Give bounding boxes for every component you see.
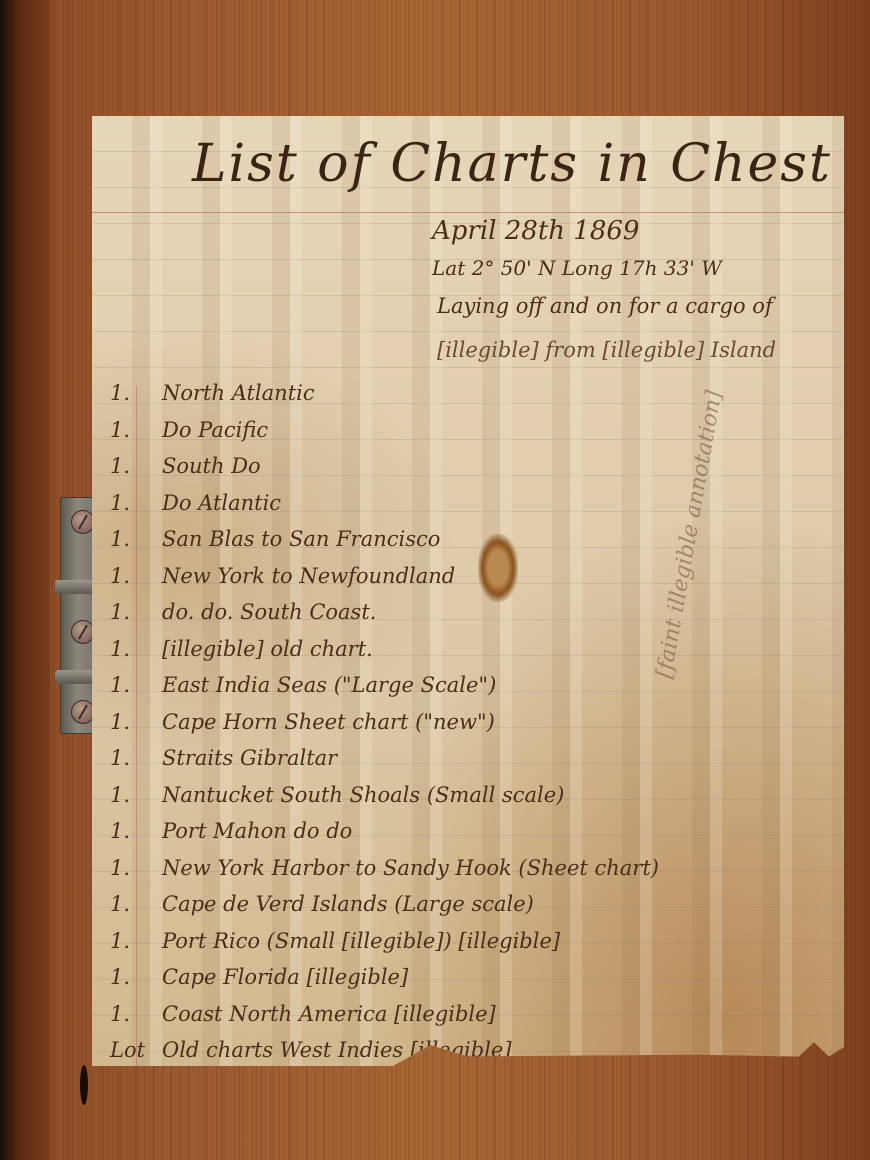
note-line-1: Laying off and on for a cargo of xyxy=(437,294,773,318)
item-description: East India Seas ("Large Scale") xyxy=(162,673,496,697)
list-item: 1.San Blas to San Francisco xyxy=(110,527,440,551)
screw-icon xyxy=(71,700,95,724)
list-item: 1.South Do xyxy=(110,454,261,478)
item-quantity: 1. xyxy=(110,564,162,588)
list-item: 1.New York to Newfoundland xyxy=(110,564,455,588)
item-quantity: 1. xyxy=(110,600,162,624)
ink-stain xyxy=(478,534,518,602)
chest-frame-rail xyxy=(20,0,50,1160)
item-description: do. do. South Coast. xyxy=(162,600,376,624)
header-rule xyxy=(92,212,844,213)
item-description: Do Atlantic xyxy=(162,491,281,515)
item-description: Port Rico (Small [illegible]) [illegible… xyxy=(162,929,560,953)
list-item: 1.Nantucket South Shoals (Small scale) xyxy=(110,783,564,807)
item-quantity: 1. xyxy=(110,1002,162,1026)
wood-knot xyxy=(80,1065,88,1105)
item-description: San Blas to San Francisco xyxy=(162,527,440,551)
item-quantity: 1. xyxy=(110,746,162,770)
item-description: New York Harbor to Sandy Hook (Sheet cha… xyxy=(162,856,659,880)
item-quantity: 1. xyxy=(110,381,162,405)
item-description: Cape Horn Sheet chart ("new") xyxy=(162,710,495,734)
list-item: 1.Coast North America [illegible] xyxy=(110,1002,496,1026)
item-quantity: 1. xyxy=(110,673,162,697)
list-item: 1.Do Atlantic xyxy=(110,491,281,515)
screw-icon xyxy=(71,620,95,644)
list-item: 1.North Atlantic xyxy=(110,381,315,405)
list-item: 1.Port Mahon do do xyxy=(110,819,352,843)
list-item: 1.Cape Florida [illegible] xyxy=(110,965,408,989)
item-quantity: 1. xyxy=(110,892,162,916)
item-quantity: 1. xyxy=(110,527,162,551)
document-title: List of Charts in Chest xyxy=(192,134,832,194)
item-description: Cape de Verd Islands (Large scale) xyxy=(162,892,534,916)
item-description: North Atlantic xyxy=(162,381,315,405)
item-quantity: Lot xyxy=(110,1038,162,1062)
list-item: 1.Cape de Verd Islands (Large scale) xyxy=(110,892,534,916)
list-item: 1.[illegible] old chart. xyxy=(110,637,373,661)
item-quantity: 1. xyxy=(110,965,162,989)
list-item: 1.New York Harbor to Sandy Hook (Sheet c… xyxy=(110,856,659,880)
document-sheet: List of Charts in Chest April 28th 1869 … xyxy=(92,116,844,1066)
list-item: 1.Cape Horn Sheet chart ("new") xyxy=(110,710,495,734)
list-item: 1.Straits Gibraltar xyxy=(110,746,337,770)
item-description: Coast North America [illegible] xyxy=(162,1002,496,1026)
item-quantity: 1. xyxy=(110,637,162,661)
item-quantity: 1. xyxy=(110,856,162,880)
screw-icon xyxy=(71,510,95,534)
item-quantity: 1. xyxy=(110,929,162,953)
item-quantity: 1. xyxy=(110,418,162,442)
chest-frame-edge xyxy=(0,0,20,1160)
item-quantity: 1. xyxy=(110,783,162,807)
list-item: 1.Port Rico (Small [illegible]) [illegib… xyxy=(110,929,560,953)
document-date: April 28th 1869 xyxy=(432,216,639,246)
item-description: [illegible] old chart. xyxy=(162,637,373,661)
list-item: 1.do. do. South Coast. xyxy=(110,600,376,624)
item-description: New York to Newfoundland xyxy=(162,564,455,588)
list-item: 1.East India Seas ("Large Scale") xyxy=(110,673,496,697)
item-description: Cape Florida [illegible] xyxy=(162,965,408,989)
item-description: Port Mahon do do xyxy=(162,819,352,843)
note-line-2: [illegible] from [illegible] Island xyxy=(437,338,776,362)
item-quantity: 1. xyxy=(110,454,162,478)
item-description: Straits Gibraltar xyxy=(162,746,337,770)
item-quantity: 1. xyxy=(110,491,162,515)
faint-vertical-annotation: [faint illegible annotation] xyxy=(652,389,727,681)
item-description: Nantucket South Shoals (Small scale) xyxy=(162,783,564,807)
item-description: Do Pacific xyxy=(162,418,268,442)
item-description: South Do xyxy=(162,454,261,478)
item-quantity: 1. xyxy=(110,819,162,843)
list-item: 1.Do Pacific xyxy=(110,418,268,442)
item-quantity: 1. xyxy=(110,710,162,734)
ship-position: Lat 2° 50' N Long 17h 33' W xyxy=(432,256,722,280)
